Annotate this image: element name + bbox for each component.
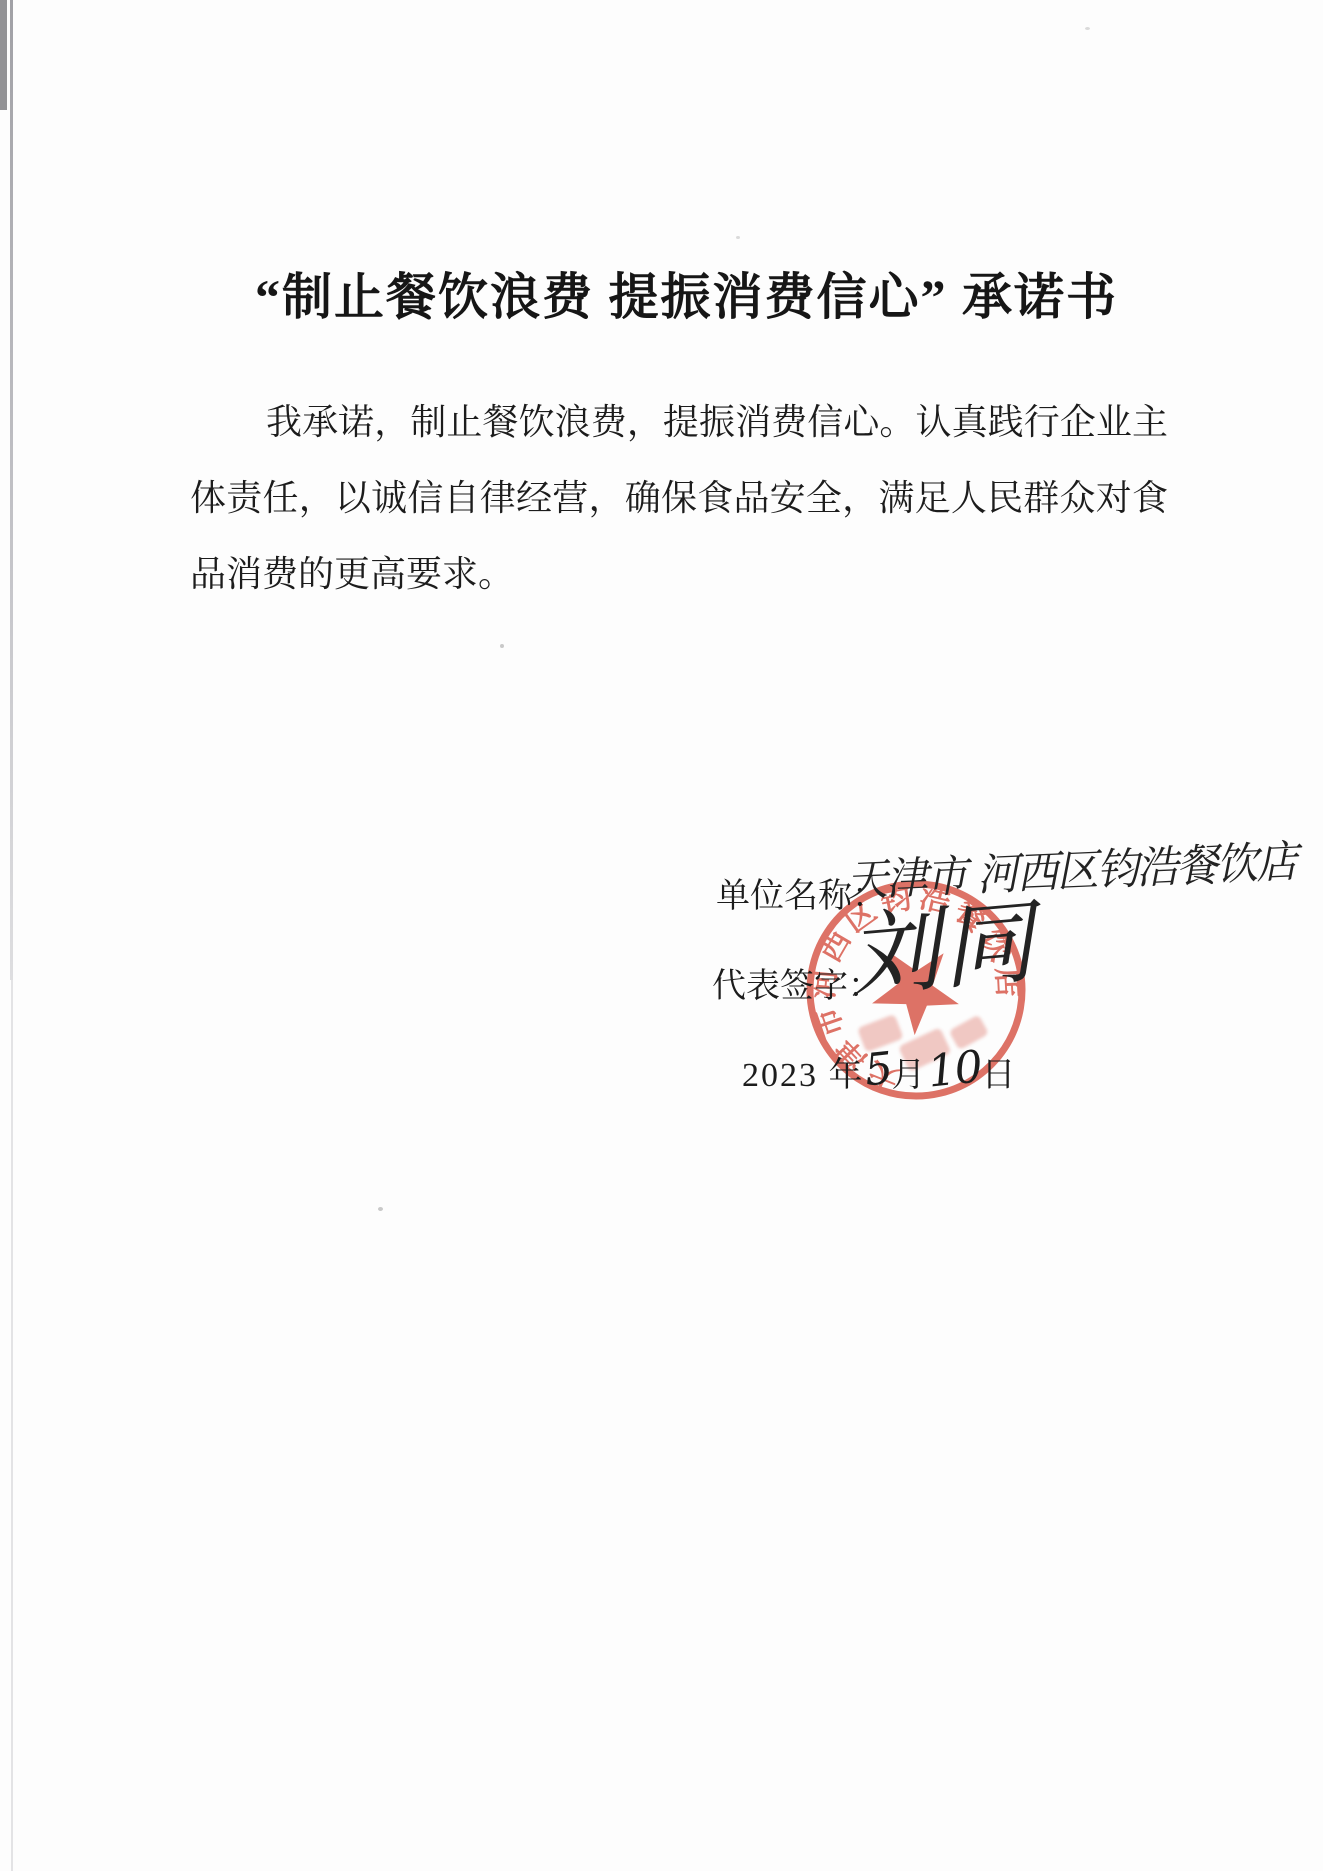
commitment-paragraph: 我承诺，制止餐饮浪费，提振消费信心。认真践行企业主体责任，以诚信自律经营，确保食… bbox=[190, 384, 1168, 612]
date-day-unit-printed: 日 bbox=[982, 1057, 1018, 1094]
scan-edge-line bbox=[10, 0, 13, 980]
scan-speck bbox=[736, 236, 740, 239]
scan-speck bbox=[1085, 27, 1090, 30]
date-month-handwritten: 5 bbox=[862, 1043, 894, 1097]
date-day-handwritten: 10 bbox=[925, 1041, 984, 1097]
representative-signature-handwritten: 刘同 bbox=[844, 892, 1040, 1008]
date-year-printed: 2023 年 bbox=[742, 1057, 865, 1094]
scan-edge-line bbox=[11, 980, 13, 1871]
date-line: 2023 年5月10日 bbox=[742, 1046, 1018, 1097]
scan-corner-smudge bbox=[0, 0, 7, 110]
date-month-unit-printed: 月 bbox=[892, 1057, 928, 1094]
scanned-commitment-letter-page: “制止餐饮浪费 提振消费信心” 承诺书 我承诺，制止餐饮浪费，提振消费信心。认真… bbox=[0, 0, 1323, 1871]
scan-speck bbox=[500, 644, 504, 648]
scan-speck bbox=[378, 1207, 383, 1211]
document-title: “制止餐饮浪费 提振消费信心” 承诺书 bbox=[0, 266, 1323, 328]
